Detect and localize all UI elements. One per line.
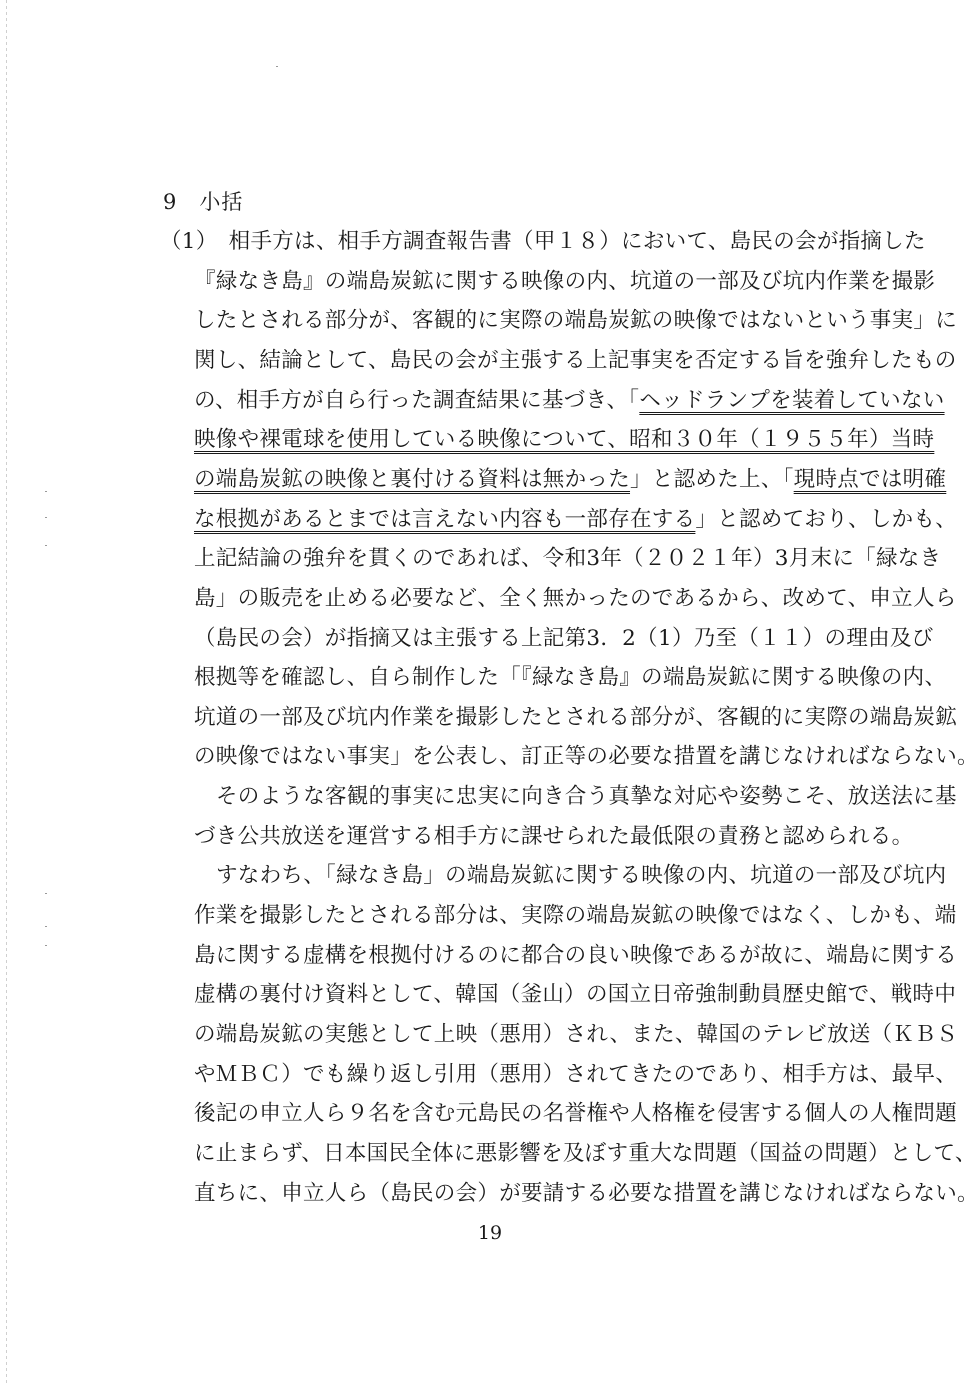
text-line: 根拠等を確認し、自ら制作した「『緑なき島』の端島炭鉱に関する映像の内、: [194, 664, 874, 692]
underlined-text: 映像や裸電球を使用している映像について、昭和３０年（１９５５年）当時: [194, 427, 934, 452]
scan-speck: [45, 945, 47, 946]
text-line: 坑道の一部及び坑内作業を撮影したとされる部分が、客観的に実際の端島炭鉱: [194, 704, 874, 732]
text-line: 島」の販売を止める必要など、全く無かったのであるから、改めて、申立人ら: [194, 585, 874, 613]
text-line: （島民の会）が指摘又は主張する上記第3．2（1）乃至（１１）の理由及び: [194, 625, 874, 653]
text-segment: すなわち、「緑なき島」の端島炭鉱に関する映像の内、坑道の一部及び坑内: [216, 863, 946, 888]
text-segment: 後記の申立人ら９名を含む元島民の名誉権や人格権を侵害する個人の人権問題: [194, 1101, 957, 1126]
text-line: づき公共放送を運営する相手方に課せられた最低限の責務と認められる。: [194, 823, 874, 851]
scan-speck: [276, 66, 278, 67]
text-segment: そのような客観的事実に忠実に向き合う真摯な対応や姿勢こそ、放送法に基: [216, 784, 957, 809]
text-segment: づき公共放送を運営する相手方に課せられた最低限の責務と認められる。: [194, 824, 913, 849]
section-number: 9: [163, 190, 177, 214]
text-segment: 作業を撮影したとされる部分は、実際の端島炭鉱の映像ではなく、しかも、端: [194, 903, 957, 928]
text-segment: の、相手方が自ら行った調査結果に基づき、「: [194, 388, 639, 413]
text-line: やＭＢＣ）でも繰り返し引用（悪用）されてきたのであり、相手方は、最早、: [194, 1061, 874, 1089]
text-line: の端島炭鉱の実態として上映（悪用）され、また、韓国のテレビ放送（ＫＢＳ: [194, 1021, 874, 1049]
scan-speck: [45, 893, 47, 894]
scan-speck: [45, 926, 47, 927]
text-line: の端島炭鉱の映像と裏付ける資料は無かった」と認めた上、「現時点では明確: [194, 466, 874, 494]
section-title: 小括: [199, 190, 243, 214]
text-segment: 直ちに、申立人ら（島民の会）が要請する必要な措置を講じなければならない。: [194, 1181, 979, 1206]
scan-speck: [45, 517, 47, 518]
text-segment: 上記結論の強弁を貫くのであれば、令和3年（２０２１年）3月末に「緑なき: [194, 546, 941, 571]
text-segment: 根拠等を確認し、自ら制作した「『緑なき島』の端島炭鉱に関する映像の内、: [194, 665, 946, 690]
text-line: の、相手方が自ら行った調査結果に基づき、「ヘッドランプを装着していない: [194, 387, 874, 415]
page-number: 19: [0, 1222, 980, 1244]
text-line: の映像ではない事実」を公表し、訂正等の必要な措置を講じなければならない。: [194, 743, 874, 771]
underlined-text: の端島炭鉱の映像と裏付ける資料は無かった: [194, 467, 630, 492]
text-segment: に止まらず、日本国民全体に悪影響を及ぼす重大な問題（国益の問題）として、: [194, 1141, 977, 1166]
text-segment: やＭＢＣ）でも繰り返し引用（悪用）されてきたのであり、相手方は、最早、: [194, 1062, 957, 1087]
text-line: すなわち、「緑なき島」の端島炭鉱に関する映像の内、坑道の一部及び坑内: [216, 862, 874, 890]
underlined-text: 現時点では明確: [794, 467, 947, 492]
text-segment: 」と認めた上、「: [630, 467, 794, 492]
text-line: 作業を撮影したとされる部分は、実際の端島炭鉱の映像ではなく、しかも、端: [194, 902, 874, 930]
document-page: 9 小括 （1） 相手方は、相手方調査報告書（甲１８）において、島民の会が指摘し…: [0, 0, 980, 1386]
text-line: 島に関する虚構を根拠付けるのに都合の良い映像であるが故に、端島に関する: [194, 942, 874, 970]
text-segment: 坑道の一部及び坑内作業を撮影したとされる部分が、客観的に実際の端島炭鉱: [194, 705, 957, 730]
text-segment: の端島炭鉱の実態として上映（悪用）され、また、韓国のテレビ放送（ＫＢＳ: [194, 1022, 958, 1047]
text-line: 『緑なき島』の端島炭鉱に関する映像の内、坑道の一部及び坑内作業を撮影: [194, 268, 874, 296]
text-segment: 『緑なき島』の端島炭鉱に関する映像の内、坑道の一部及び坑内作業を撮影: [194, 269, 935, 294]
paragraph-label: （1）: [160, 229, 229, 254]
text-segment: したとされる部分が、客観的に実際の端島炭鉱の映像ではないという事実」に: [194, 308, 957, 333]
text-segment: 島に関する虚構を根拠付けるのに都合の良い映像であるが故に、端島に関する: [194, 943, 957, 968]
text-line: 直ちに、申立人ら（島民の会）が要請する必要な措置を講じなければならない。: [194, 1180, 874, 1208]
text-segment: 相手方は、相手方調査報告書（甲１８）において、島民の会が指摘した: [229, 229, 926, 254]
text-line: したとされる部分が、客観的に実際の端島炭鉱の映像ではないという事実」に: [194, 307, 874, 335]
text-line: （1） 相手方は、相手方調査報告書（甲１８）において、島民の会が指摘した: [160, 228, 874, 256]
underlined-text: ヘッドランプを装着していない: [639, 388, 944, 413]
scan-speck: [45, 491, 47, 492]
text-line: そのような客観的事実に忠実に向き合う真摯な対応や姿勢こそ、放送法に基: [216, 783, 874, 811]
text-segment: 関し、結論として、島民の会が主張する上記事実を否定する旨を強弁したもの: [194, 348, 957, 373]
text-segment: （島民の会）が指摘又は主張する上記第3．2（1）乃至（１１）の理由及び: [194, 626, 934, 651]
text-line: に止まらず、日本国民全体に悪影響を及ぼす重大な問題（国益の問題）として、: [194, 1140, 874, 1168]
text-line: 後記の申立人ら９名を含む元島民の名誉権や人格権を侵害する個人の人権問題: [194, 1100, 874, 1128]
text-line: 虚構の裏付け資料として、韓国（釜山）の国立日帝強制動員歴史館で、戦時中: [194, 981, 874, 1009]
text-line: な根拠があるとまでは言えない内容も一部存在する」と認めており、しかも、: [194, 506, 874, 534]
underlined-text: な根拠があるとまでは言えない内容も一部存在する: [194, 507, 695, 532]
text-segment: 島」の販売を止める必要など、全く無かったのであるから、改めて、申立人ら: [194, 586, 957, 611]
text-segment: 虚構の裏付け資料として、韓国（釜山）の国立日帝強制動員歴史館で、戦時中: [194, 982, 956, 1007]
section-heading: 9 小括: [163, 186, 243, 216]
text-segment: 」と認めており、しかも、: [695, 507, 957, 532]
text-line: 映像や裸電球を使用している映像について、昭和３０年（１９５５年）当時: [194, 426, 874, 454]
text-line: 上記結論の強弁を貫くのであれば、令和3年（２０２１年）3月末に「緑なき: [194, 545, 874, 573]
text-segment: の映像ではない事実」を公表し、訂正等の必要な措置を講じなければならない。: [194, 744, 979, 769]
text-line: 関し、結論として、島民の会が主張する上記事実を否定する旨を強弁したもの: [194, 347, 874, 375]
scan-speck: [45, 545, 47, 546]
scan-edge-artifact: [6, 0, 7, 1386]
